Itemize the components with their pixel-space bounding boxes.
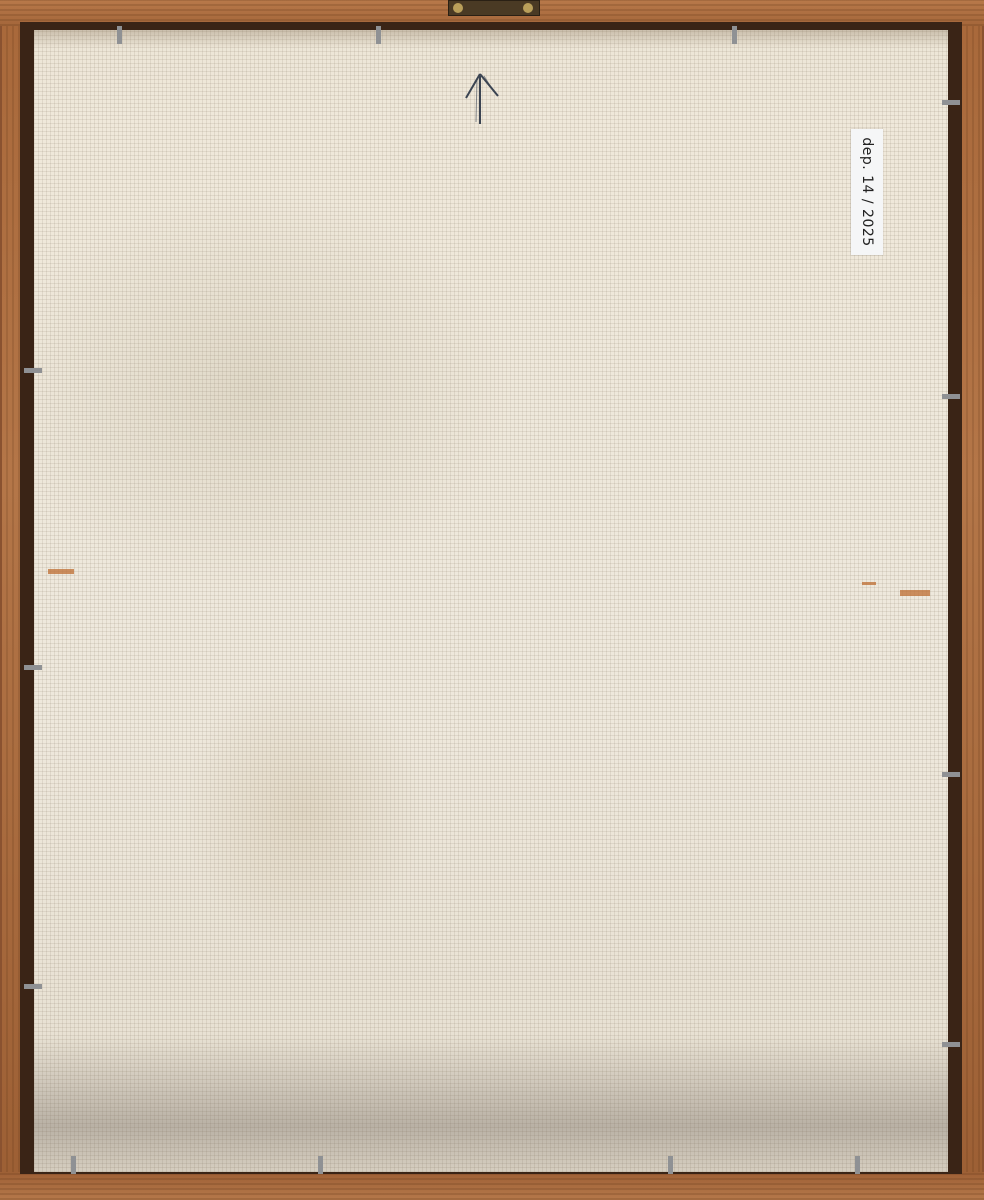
canvas-clip (942, 1042, 960, 1047)
pencil-arrow-icon (460, 66, 504, 126)
canvas-clip (942, 394, 960, 399)
paint-stain (48, 569, 74, 574)
screw-icon (453, 3, 463, 13)
canvas-top-edge-shadow (34, 30, 948, 48)
paint-stain (862, 582, 876, 585)
paint-stain (900, 590, 930, 596)
frame-bottom-rail (0, 1172, 984, 1200)
canvas-clip (117, 26, 122, 44)
canvas-clip (318, 1156, 323, 1174)
canvas-clip (376, 26, 381, 44)
canvas-clip (668, 1156, 673, 1174)
canvas-clip (942, 100, 960, 105)
canvas-clip (855, 1156, 860, 1174)
canvas-clip (732, 26, 737, 44)
canvas-clip (24, 984, 42, 989)
screw-icon (523, 3, 533, 13)
label-text: dep. 14 / 2025 (859, 137, 875, 246)
canvas-clip (942, 772, 960, 777)
canvas-clip (24, 665, 42, 670)
canvas-back (34, 30, 948, 1172)
canvas-clip (24, 368, 42, 373)
canvas-clip (71, 1156, 76, 1174)
inventory-label: dep. 14 / 2025 (851, 129, 883, 255)
hanging-hardware (448, 0, 540, 16)
